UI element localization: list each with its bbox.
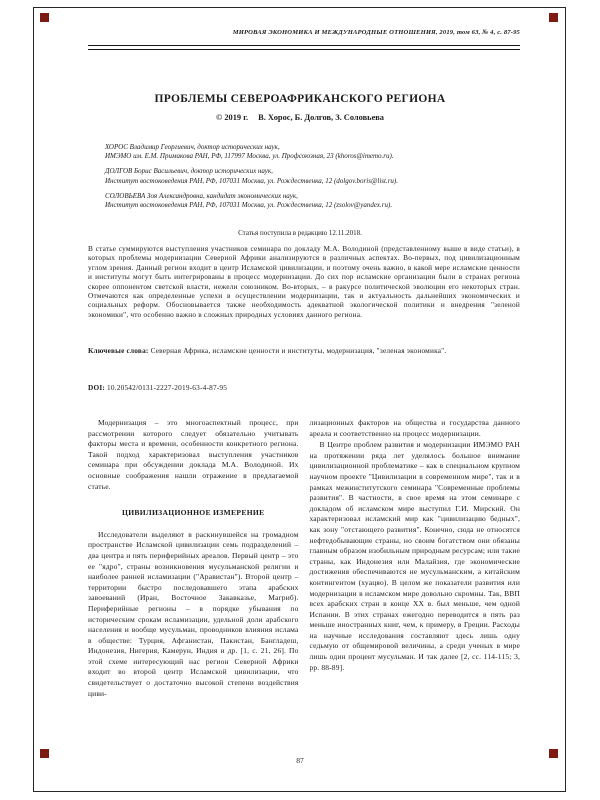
- left-column: Модернизация – это многоаспектный процес…: [88, 418, 299, 699]
- doi-value: 10.20542/0131-2227-2019-63-4-87-95: [105, 383, 227, 392]
- page-number: 87: [0, 756, 600, 765]
- paragraph-continuation: лизационных факторов на общества и госуд…: [310, 418, 521, 439]
- header-double-rule: [88, 45, 520, 50]
- affiliations-block: ХОРОС Владимир Георгиевич, доктор истори…: [105, 143, 520, 216]
- author-names: В. Хорос, Б. Долгов, З. Соловьева: [258, 113, 384, 122]
- body-two-columns: Модернизация – это многоаспектный процес…: [88, 418, 520, 699]
- journal-header: МИРОВАЯ ЭКОНОМИКА И МЕЖДУНАРОДНЫЕ ОТНОШЕ…: [88, 29, 520, 36]
- affiliation-org: ИМЭМО им. Е.М. Примакова РАН, РФ, 117997…: [105, 152, 520, 161]
- paragraph: В Центре проблем развития и модернизации…: [310, 440, 521, 673]
- affiliation-person: ХОРОС Владимир Георгиевич, доктор истори…: [105, 143, 520, 152]
- registration-mark-top-left: [40, 13, 49, 22]
- registration-mark-top-right: [549, 13, 558, 22]
- section-heading-civilizational-dimension: ЦИВИЛИЗАЦИОННОЕ ИЗМЕРЕНИЕ: [88, 508, 299, 519]
- article-title: ПРОБЛЕМЫ СЕВЕРОАФРИКАНСКОГО РЕГИОНА: [0, 93, 600, 105]
- keywords-label: Ключевые слова:: [88, 346, 149, 355]
- abstract-text: В статье суммируются выступления участни…: [88, 244, 520, 319]
- right-column: лизационных факторов на общества и госуд…: [310, 418, 521, 699]
- affiliation-person: ДОЛГОВ Борис Васильевич, доктор историче…: [105, 167, 520, 176]
- keywords-line: Ключевые слова: Северная Африка, исламск…: [88, 346, 520, 355]
- received-note: Статья поступила в редакцию 12.11.2018.: [0, 229, 600, 237]
- copyright-year: © 2019 г.: [216, 113, 248, 122]
- affiliation-org: Институт востоковедения РАН, РФ, 107031 …: [105, 177, 520, 186]
- affiliation-khoros: ХОРОС Владимир Георгиевич, доктор истори…: [105, 143, 520, 162]
- doi-label: DOI:: [88, 383, 105, 392]
- affiliation-dolgov: ДОЛГОВ Борис Васильевич, доктор историче…: [105, 167, 520, 186]
- authors-line: © 2019 г.В. Хорос, Б. Долгов, З. Соловье…: [0, 113, 600, 122]
- affiliation-person: СОЛОВЬЕВА Зоя Александровна, кандидат эк…: [105, 192, 520, 201]
- doi-line: DOI: 10.20542/0131-2227-2019-63-4-87-95: [88, 383, 520, 392]
- paragraph: Исследователи выделяют в раскинувшейся н…: [88, 530, 299, 700]
- keywords-text: Северная Африка, исламские ценности и ин…: [149, 346, 447, 355]
- paragraph: Модернизация – это многоаспектный процес…: [88, 418, 299, 492]
- affiliation-org: Институт востоковедения РАН, РФ, 107031 …: [105, 201, 520, 210]
- affiliation-solovieva: СОЛОВЬЕВА Зоя Александровна, кандидат эк…: [105, 192, 520, 211]
